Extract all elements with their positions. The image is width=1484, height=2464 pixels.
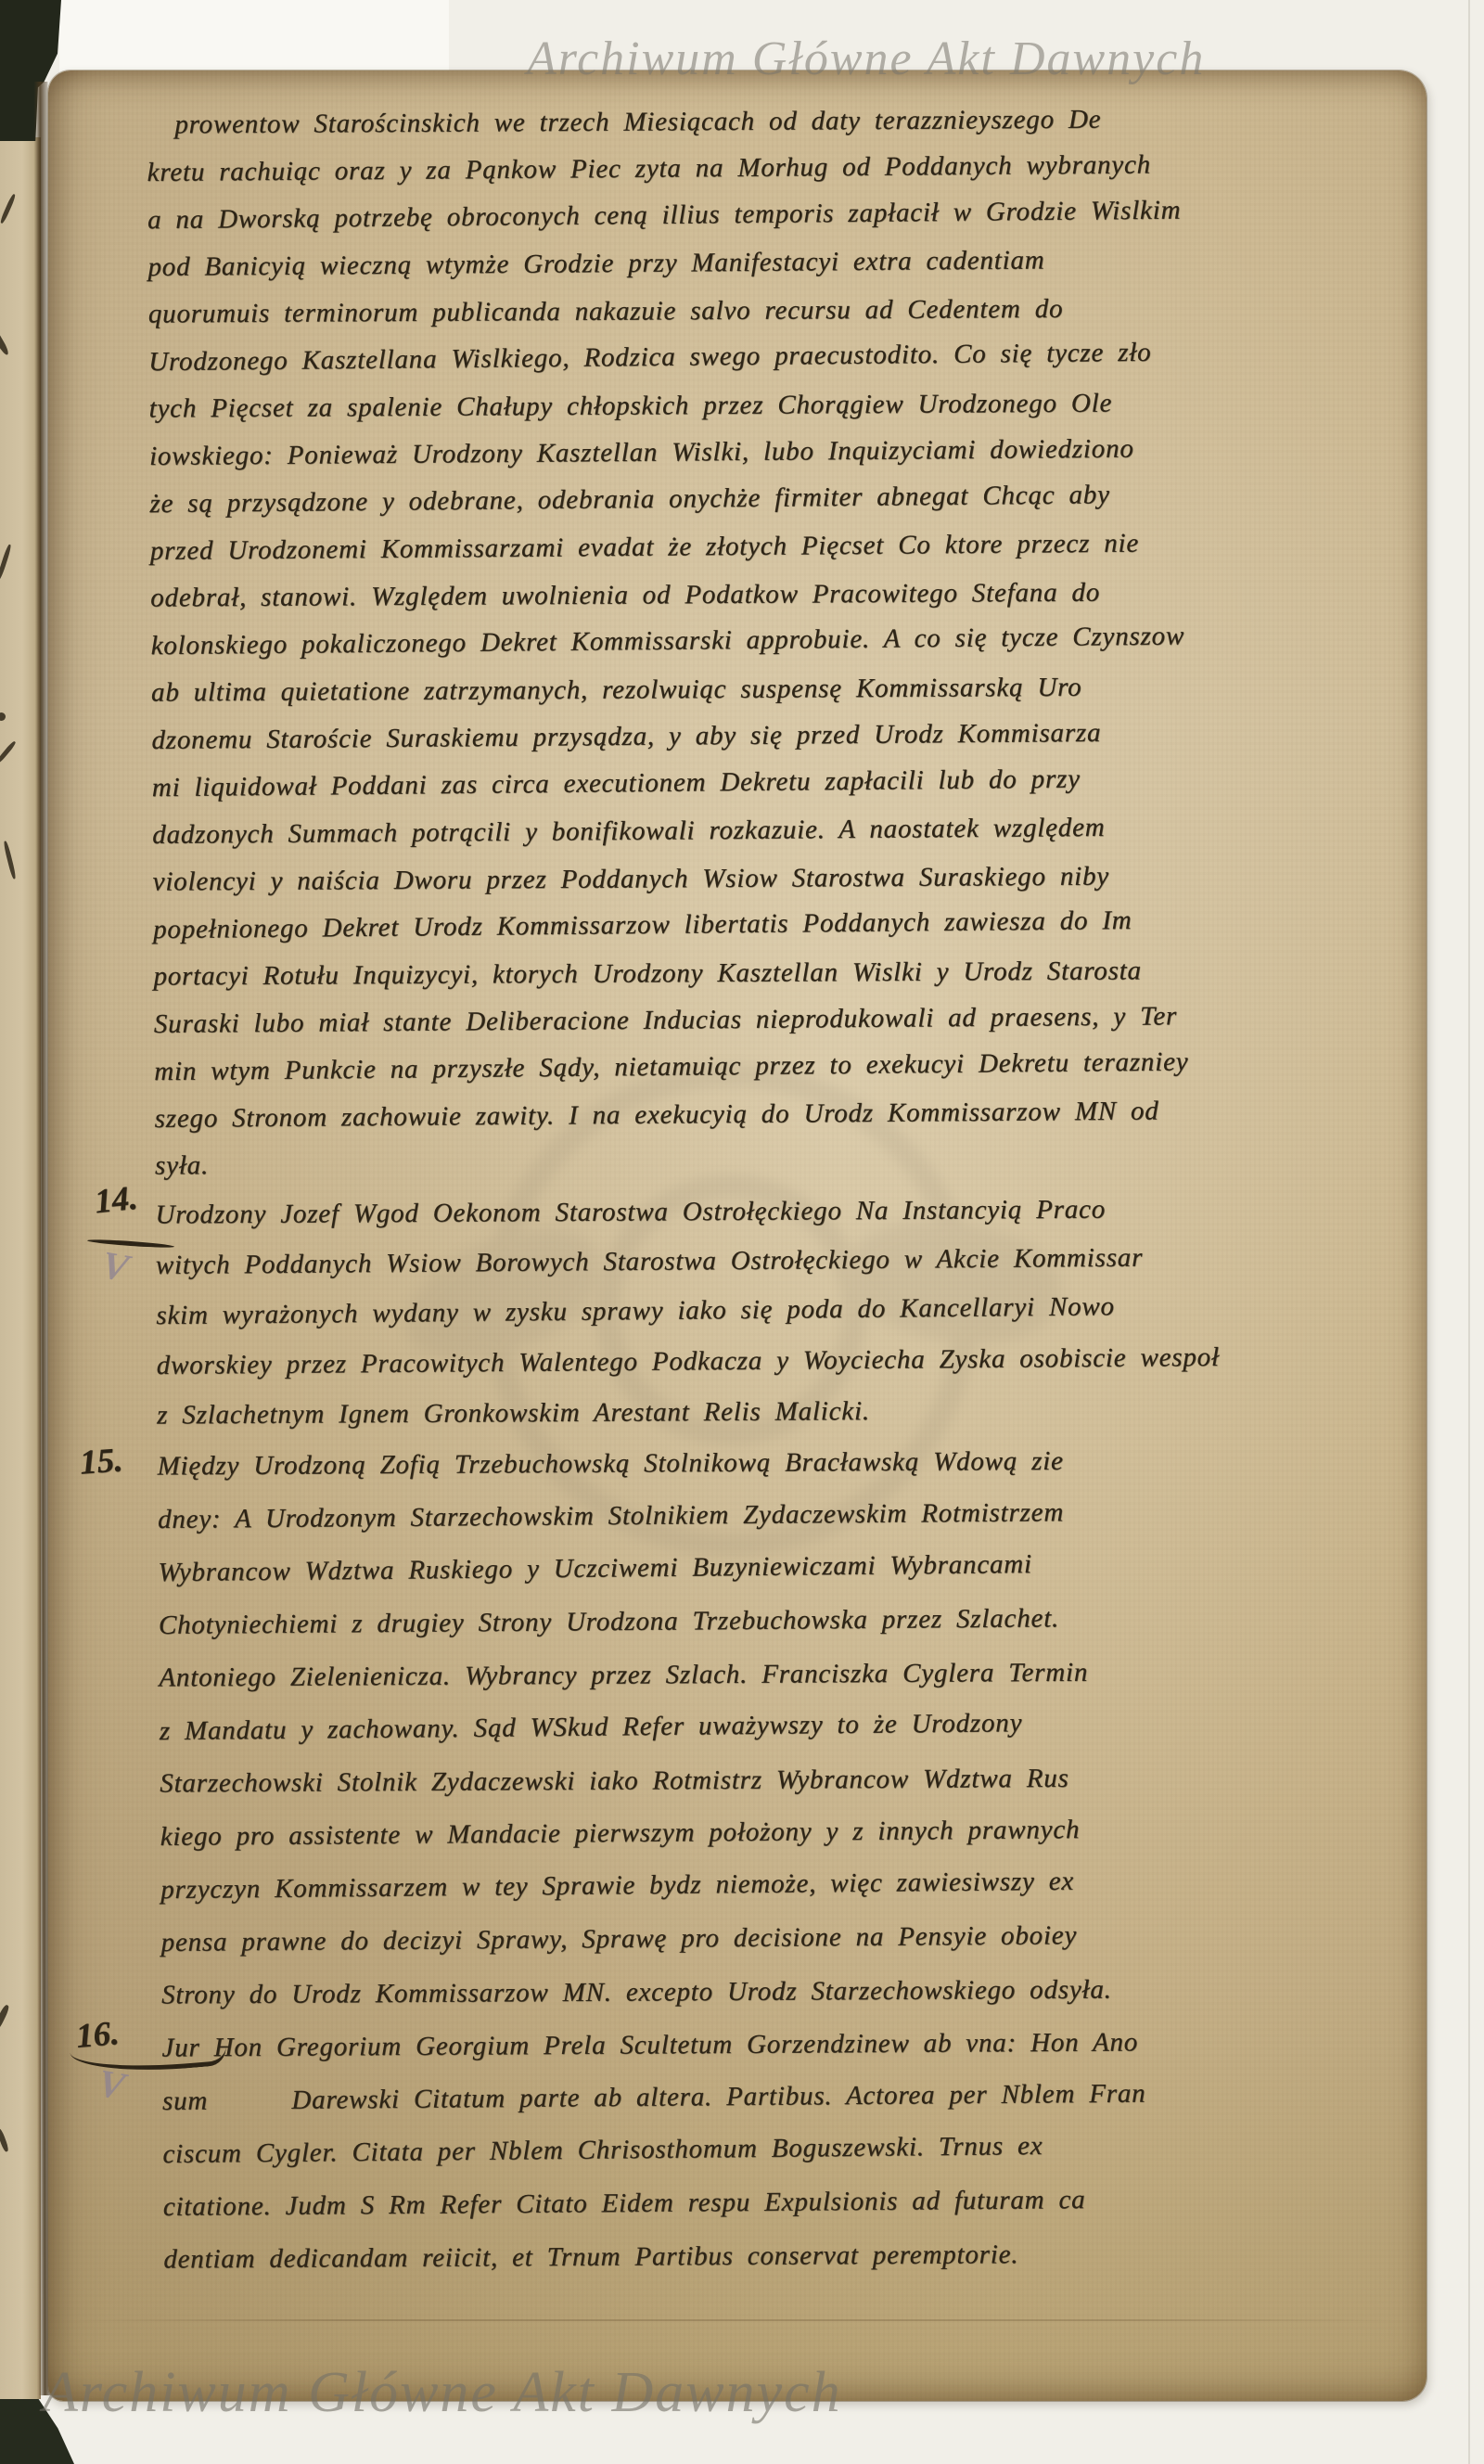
- scan-canvas: prowentow Starościnskich we trzech Miesi…: [0, 0, 1484, 2464]
- paper-crease: [76, 2319, 1393, 2321]
- watermark-bottom: Archiwum Główne Akt Dawnych: [43, 2360, 842, 2426]
- ink-bleed-mark: [0, 332, 10, 356]
- manuscript-line: ab ultima quietatione zatrzymanych, rezo…: [151, 662, 1420, 717]
- manuscript-line: tych Pięcset za spalenie Chałupy chłopsk…: [148, 379, 1417, 433]
- manuscript-line: Wybrancow Wdztwa Ruskiego y Uczciwemi Bu…: [158, 1534, 1426, 1599]
- manuscript-line: dentiam dedicandam reiicit, et Trnum Par…: [163, 2227, 1432, 2287]
- manuscript-line: prowentow Starościnskich we trzech Miesi…: [147, 95, 1415, 149]
- manuscript-text: prowentow Starościnskich we trzech Miesi…: [147, 92, 1432, 2287]
- manuscript-paragraph: Urodzony Jozef Wgod Oekonom Starostwa Os…: [155, 1180, 1426, 1441]
- ink-bleed-mark: [3, 841, 17, 879]
- manuscript-line: pod Banicyią wieczną wtymże Grodzie przy…: [147, 234, 1416, 291]
- manuscript-line: Urodzony Jozef Wgod Oekonom Starostwa Os…: [155, 1183, 1424, 1240]
- ink-bleed-mark: [0, 712, 6, 721]
- manuscript-page: prowentow Starościnskich we trzech Miesi…: [48, 71, 1426, 2401]
- manuscript-line: z Szlachetnym Ignem Gronkowskim Arestant…: [157, 1383, 1426, 1441]
- manuscript-line: szego Stronom zachowuie zawity. I na exe…: [154, 1085, 1423, 1143]
- margin-item-number-15: 15.: [79, 1440, 124, 1482]
- manuscript-line: dworskiey przez Pracowitych Walentego Po…: [156, 1330, 1425, 1391]
- manuscript-line: przyczyn Kommissarzem w tey Sprawie bydz…: [160, 1852, 1429, 1917]
- manuscript-paragraph: Jur Hon Gregorium Georgium Prela Scultet…: [161, 2012, 1432, 2287]
- scanner-crease: [1468, 0, 1470, 2464]
- manuscript-paragraph: Między Urodzoną Zofią Trzebuchowską Stol…: [157, 1431, 1430, 2022]
- manuscript-line: z Mandatu y zachowany. Sąd WSkud Refer u…: [160, 1693, 1428, 1758]
- margin-item-number-14: 14.: [93, 1178, 139, 1223]
- manuscript-line: dadzonych Summach potrącili y bonifikowa…: [152, 802, 1421, 859]
- manuscript-line: Chotyniechiemi z drugiey Strony Urodzona…: [159, 1589, 1427, 1652]
- manuscript-line: Strony do Urodz Kommissarzow MN. excepto…: [161, 1962, 1430, 2022]
- manuscript-line: Starzechowski Stolnik Zydaczewski iako R…: [160, 1751, 1428, 1811]
- ink-bleed-mark: [0, 740, 17, 764]
- ink-bleed-mark: [0, 544, 12, 581]
- scanner-card: [59, 0, 449, 80]
- watermark-top: Archiwum Główne Akt Dawnych: [527, 32, 1205, 86]
- manuscript-line: citatione. Judm S Rm Refer Citato Eidem …: [163, 2171, 1432, 2234]
- manuscript-line: pensa prawne do decizyi Sprawy, Sprawę p…: [160, 1906, 1429, 1970]
- manuscript-line: ciscum Cygler. Citata per Nblem Chrisost…: [162, 2116, 1431, 2181]
- manuscript-paragraph: prowentow Starościnskich we trzech Miesi…: [147, 92, 1424, 1190]
- manuscript-line: Jur Hon Gregorium Georgium Prela Scultet…: [161, 2015, 1430, 2075]
- ink-bleed-mark: [0, 2004, 10, 2032]
- pencil-check-mark: V: [95, 2061, 128, 2110]
- ink-bleed-mark: [0, 193, 17, 224]
- manuscript-line: przed Urodzonemi Kommissarzami evadat że…: [150, 518, 1419, 575]
- manuscript-line: syła.: [155, 1136, 1424, 1190]
- pencil-check-mark: V: [98, 1243, 132, 1291]
- manuscript-line: portacyi Rotułu Inquizycyi, ktorych Urod…: [153, 946, 1422, 1001]
- manuscript-line: Między Urodzoną Zofią Trzebuchowską Stol…: [157, 1433, 1426, 1494]
- ink-bleed-mark: [0, 2128, 9, 2152]
